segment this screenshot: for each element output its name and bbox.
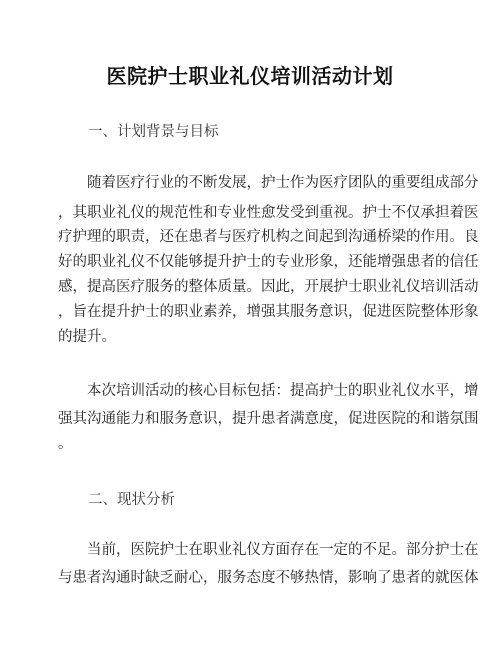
paragraph-line: 与患者沟通时缺乏耐心，服务态度不够热情，影响了患者的就医体 (58, 566, 468, 587)
paragraph-line: 。 (58, 432, 468, 453)
section-heading-status: 二、现状分析 (88, 488, 175, 509)
document-title: 医院护士职业礼仪培训活动计划 (0, 60, 500, 89)
paragraph-line: 感，提高医疗服务的整体质量。因此，开展护士职业礼仪培训活动 (58, 275, 468, 296)
paragraph-line: 随着医疗行业的不断发展，护士作为医疗团队的重要组成部分 (58, 171, 468, 192)
paragraph-line: 当前，医院护士在职业礼仪方面存在一定的不足。部分护士在 (58, 538, 468, 559)
paragraph-line: 强其沟通能力和服务意识，提升患者满意度，促进医院的和谐氛围 (58, 407, 468, 428)
paragraph-line: ，旨在提升护士的职业素养，增强其服务意识，促进医院整体形象 (58, 300, 468, 321)
paragraph-line: 好的职业礼仪不仅能够提升护士的专业形象，还能增强患者的信任 (58, 250, 468, 271)
paragraph-line: 疗护理的职责，还在患者与医疗机构之间起到沟通桥梁的作用。良 (58, 225, 468, 246)
paragraph-line: ，其职业礼仪的规范性和专业性愈发受到重视。护士不仅承担着医 (58, 201, 468, 222)
paragraph-line: 的提升。 (58, 325, 468, 346)
section-heading-background: 一、计划背景与目标 (88, 120, 219, 141)
paragraph-line: 本次培训活动的核心目标包括：提高护士的职业礼仪水平，增 (58, 379, 468, 400)
